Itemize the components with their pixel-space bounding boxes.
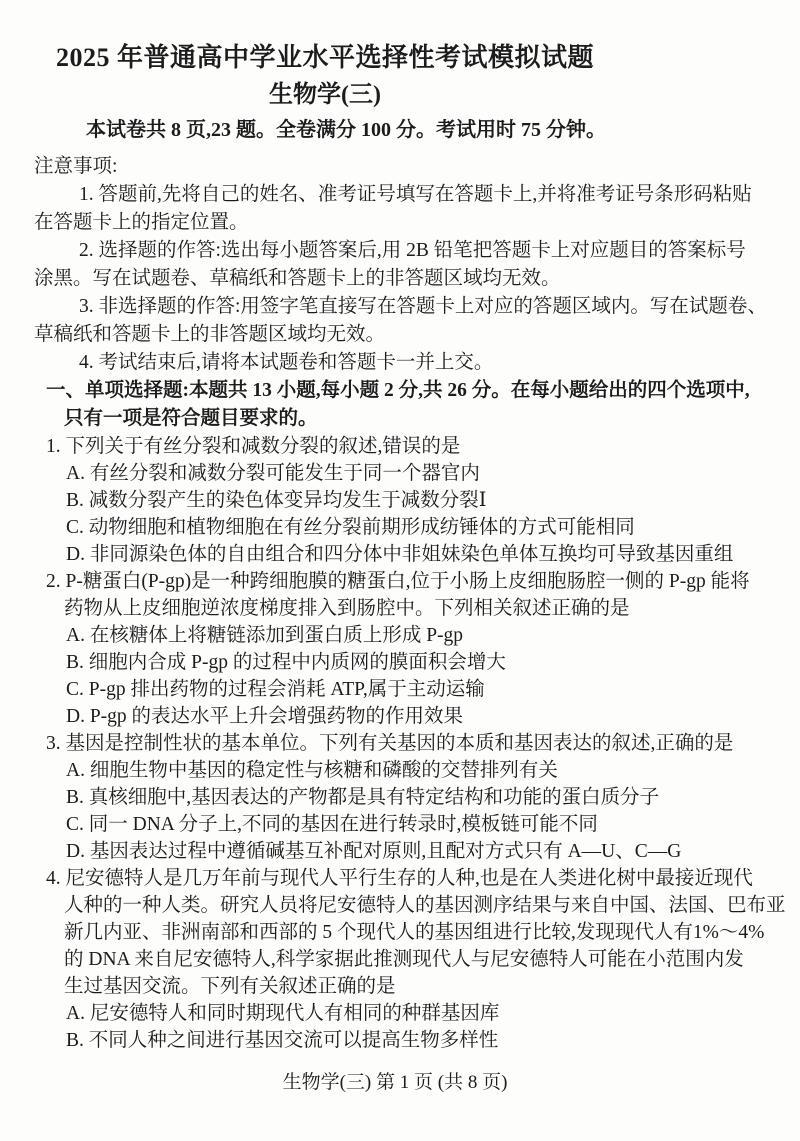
notice-line: 3. 非选择题的作答:用签字笔直接写在答题卡上对应的答题区域内。写在试题卷、 (34, 293, 800, 321)
notice-line: 1. 答题前,先将自己的姓名、准考证号填写在答题卡上,并将准考证号条形码粘贴 (34, 181, 800, 209)
question-stem-line: 药物从上皮细胞逆浓度梯度排入到肠腔中。下列相关叙述正确的是 (64, 595, 800, 622)
notice-line: 2. 选择题的作答:选出每小题答案后,用 2B 铅笔把答题卡上对应题目的答案标号 (34, 237, 800, 265)
question-option-c: C. 动物细胞和植物细胞在有丝分裂前期形成纺锤体的方式可能相同 (66, 514, 800, 541)
question-stem-line: 3. 基因是控制性状的基本单位。下列有关基因的本质和基因表达的叙述,正确的是 (46, 730, 800, 757)
page-subtitle: 生物学(三) (0, 79, 650, 111)
question-option-a: A. 在核糖体上将糖链添加到蛋白质上形成 P-gp (66, 622, 800, 649)
question-option-b: B. 真核细胞中,基因表达的产物都是具有特定结构和功能的蛋白质分子 (66, 784, 800, 811)
notice-line: 4. 考试结束后,请将本试题卷和答题卡一并上交。 (34, 349, 800, 377)
question-option-b: B. 细胞内合成 P-gp 的过程中内质网的膜面积会增大 (66, 649, 800, 676)
section-one-heading: 一、单项选择题:本题共 13 小题,每小题 2 分,共 26 分。在每小题给出的… (46, 377, 800, 433)
question-1: 1. 下列关于有丝分裂和减数分裂的叙述,错误的是 A. 有丝分裂和减数分裂可能发… (0, 433, 800, 568)
question-stem-line: 4. 尼安德特人是几万年前与现代人平行生存的人种,也是在人类进化树中最接近现代 (46, 865, 800, 892)
question-option-b: B. 不同人种之间进行基因交流可以提高生物多样性 (66, 1027, 800, 1054)
question-option-a: A. 细胞生物中基因的稳定性与核糖和磷酸的交替排列有关 (66, 757, 800, 784)
question-stem-line: 人种的一种人类。研究人员将尼安德特人的基因测序结果与来自中国、法国、巴布亚 (64, 892, 800, 919)
question-option-d: D. P-gp 的表达水平上升会增强药物的作用效果 (66, 703, 800, 730)
page-title: 2025 年普通高中学业水平选择性考试模拟试题 (0, 40, 650, 76)
notice-line: 在答题卡上的指定位置。 (34, 209, 800, 237)
section-one-heading-line: 一、单项选择题:本题共 13 小题,每小题 2 分,共 26 分。在每小题给出的… (46, 377, 800, 405)
question-option-a: A. 尼安德特人和同时期现代人有相同的种群基因库 (66, 1000, 800, 1027)
question-stem-line: 生过基因交流。下列有关叙述正确的是 (64, 973, 800, 1000)
question-3: 3. 基因是控制性状的基本单位。下列有关基因的本质和基因表达的叙述,正确的是 A… (0, 730, 800, 865)
question-option-a: A. 有丝分裂和减数分裂可能发生于同一个器官内 (66, 460, 800, 487)
exam-paper-page: 2025 年普通高中学业水平选择性考试模拟试题 生物学(三) 本试卷共 8 页,… (0, 0, 800, 1141)
exam-info: 本试卷共 8 页,23 题。全卷满分 100 分。考试用时 75 分钟。 (86, 118, 800, 142)
question-stem-line: 2. P-糖蛋白(P-gp)是一种跨细胞膜的糖蛋白,位于小肠上皮细胞肠腔一侧的 … (46, 568, 800, 595)
question-option-d: D. 非同源染色体的自由组合和四分体中非姐妹染色单体互换均可导致基因重组 (66, 541, 800, 568)
section-one-heading-line: 只有一项是符合题目要求的。 (46, 405, 800, 433)
question-option-d: D. 基因表达过程中遵循碱基互补配对原则,且配对方式只有 A—U、C—G (66, 838, 800, 865)
notice-heading: 注意事项: (34, 153, 800, 181)
question-2: 2. P-糖蛋白(P-gp)是一种跨细胞膜的糖蛋白,位于小肠上皮细胞肠腔一侧的 … (0, 568, 800, 730)
question-option-b: B. 减数分裂产生的染色体变异均发生于减数分裂Ⅰ (66, 487, 800, 514)
page-footer: 生物学(三) 第 1 页 (共 8 页) (0, 1072, 790, 1094)
header-block: 2025 年普通高中学业水平选择性考试模拟试题 生物学(三) (0, 40, 650, 111)
question-option-c: C. P-gp 排出药物的过程会消耗 ATP,属于主动运输 (66, 676, 800, 703)
question-stem-line: 的 DNA 来自尼安德特人,科学家据此推测现代人与尼安德特人可能在小范围内发 (64, 946, 800, 973)
notice-line: 草稿纸和答题卡上的非答题区域均无效。 (34, 321, 800, 349)
notice-section: 注意事项: 1. 答题前,先将自己的姓名、准考证号填写在答题卡上,并将准考证号条… (34, 153, 800, 377)
question-stem-line: 新几内亚、非洲南部和西部的 5 个现代人的基因组进行比较,发现现代人有1%～4% (64, 919, 800, 946)
question-option-c: C. 同一 DNA 分子上,不同的基因在进行转录时,模板链可能不同 (66, 811, 800, 838)
questions-list: 1. 下列关于有丝分裂和减数分裂的叙述,错误的是 A. 有丝分裂和减数分裂可能发… (0, 433, 800, 1054)
question-stem-line: 1. 下列关于有丝分裂和减数分裂的叙述,错误的是 (46, 433, 800, 460)
notice-line: 涂黑。写在试题卷、草稿纸和答题卡上的非答题区域均无效。 (34, 265, 800, 293)
question-4: 4. 尼安德特人是几万年前与现代人平行生存的人种,也是在人类进化树中最接近现代 … (0, 865, 800, 1054)
